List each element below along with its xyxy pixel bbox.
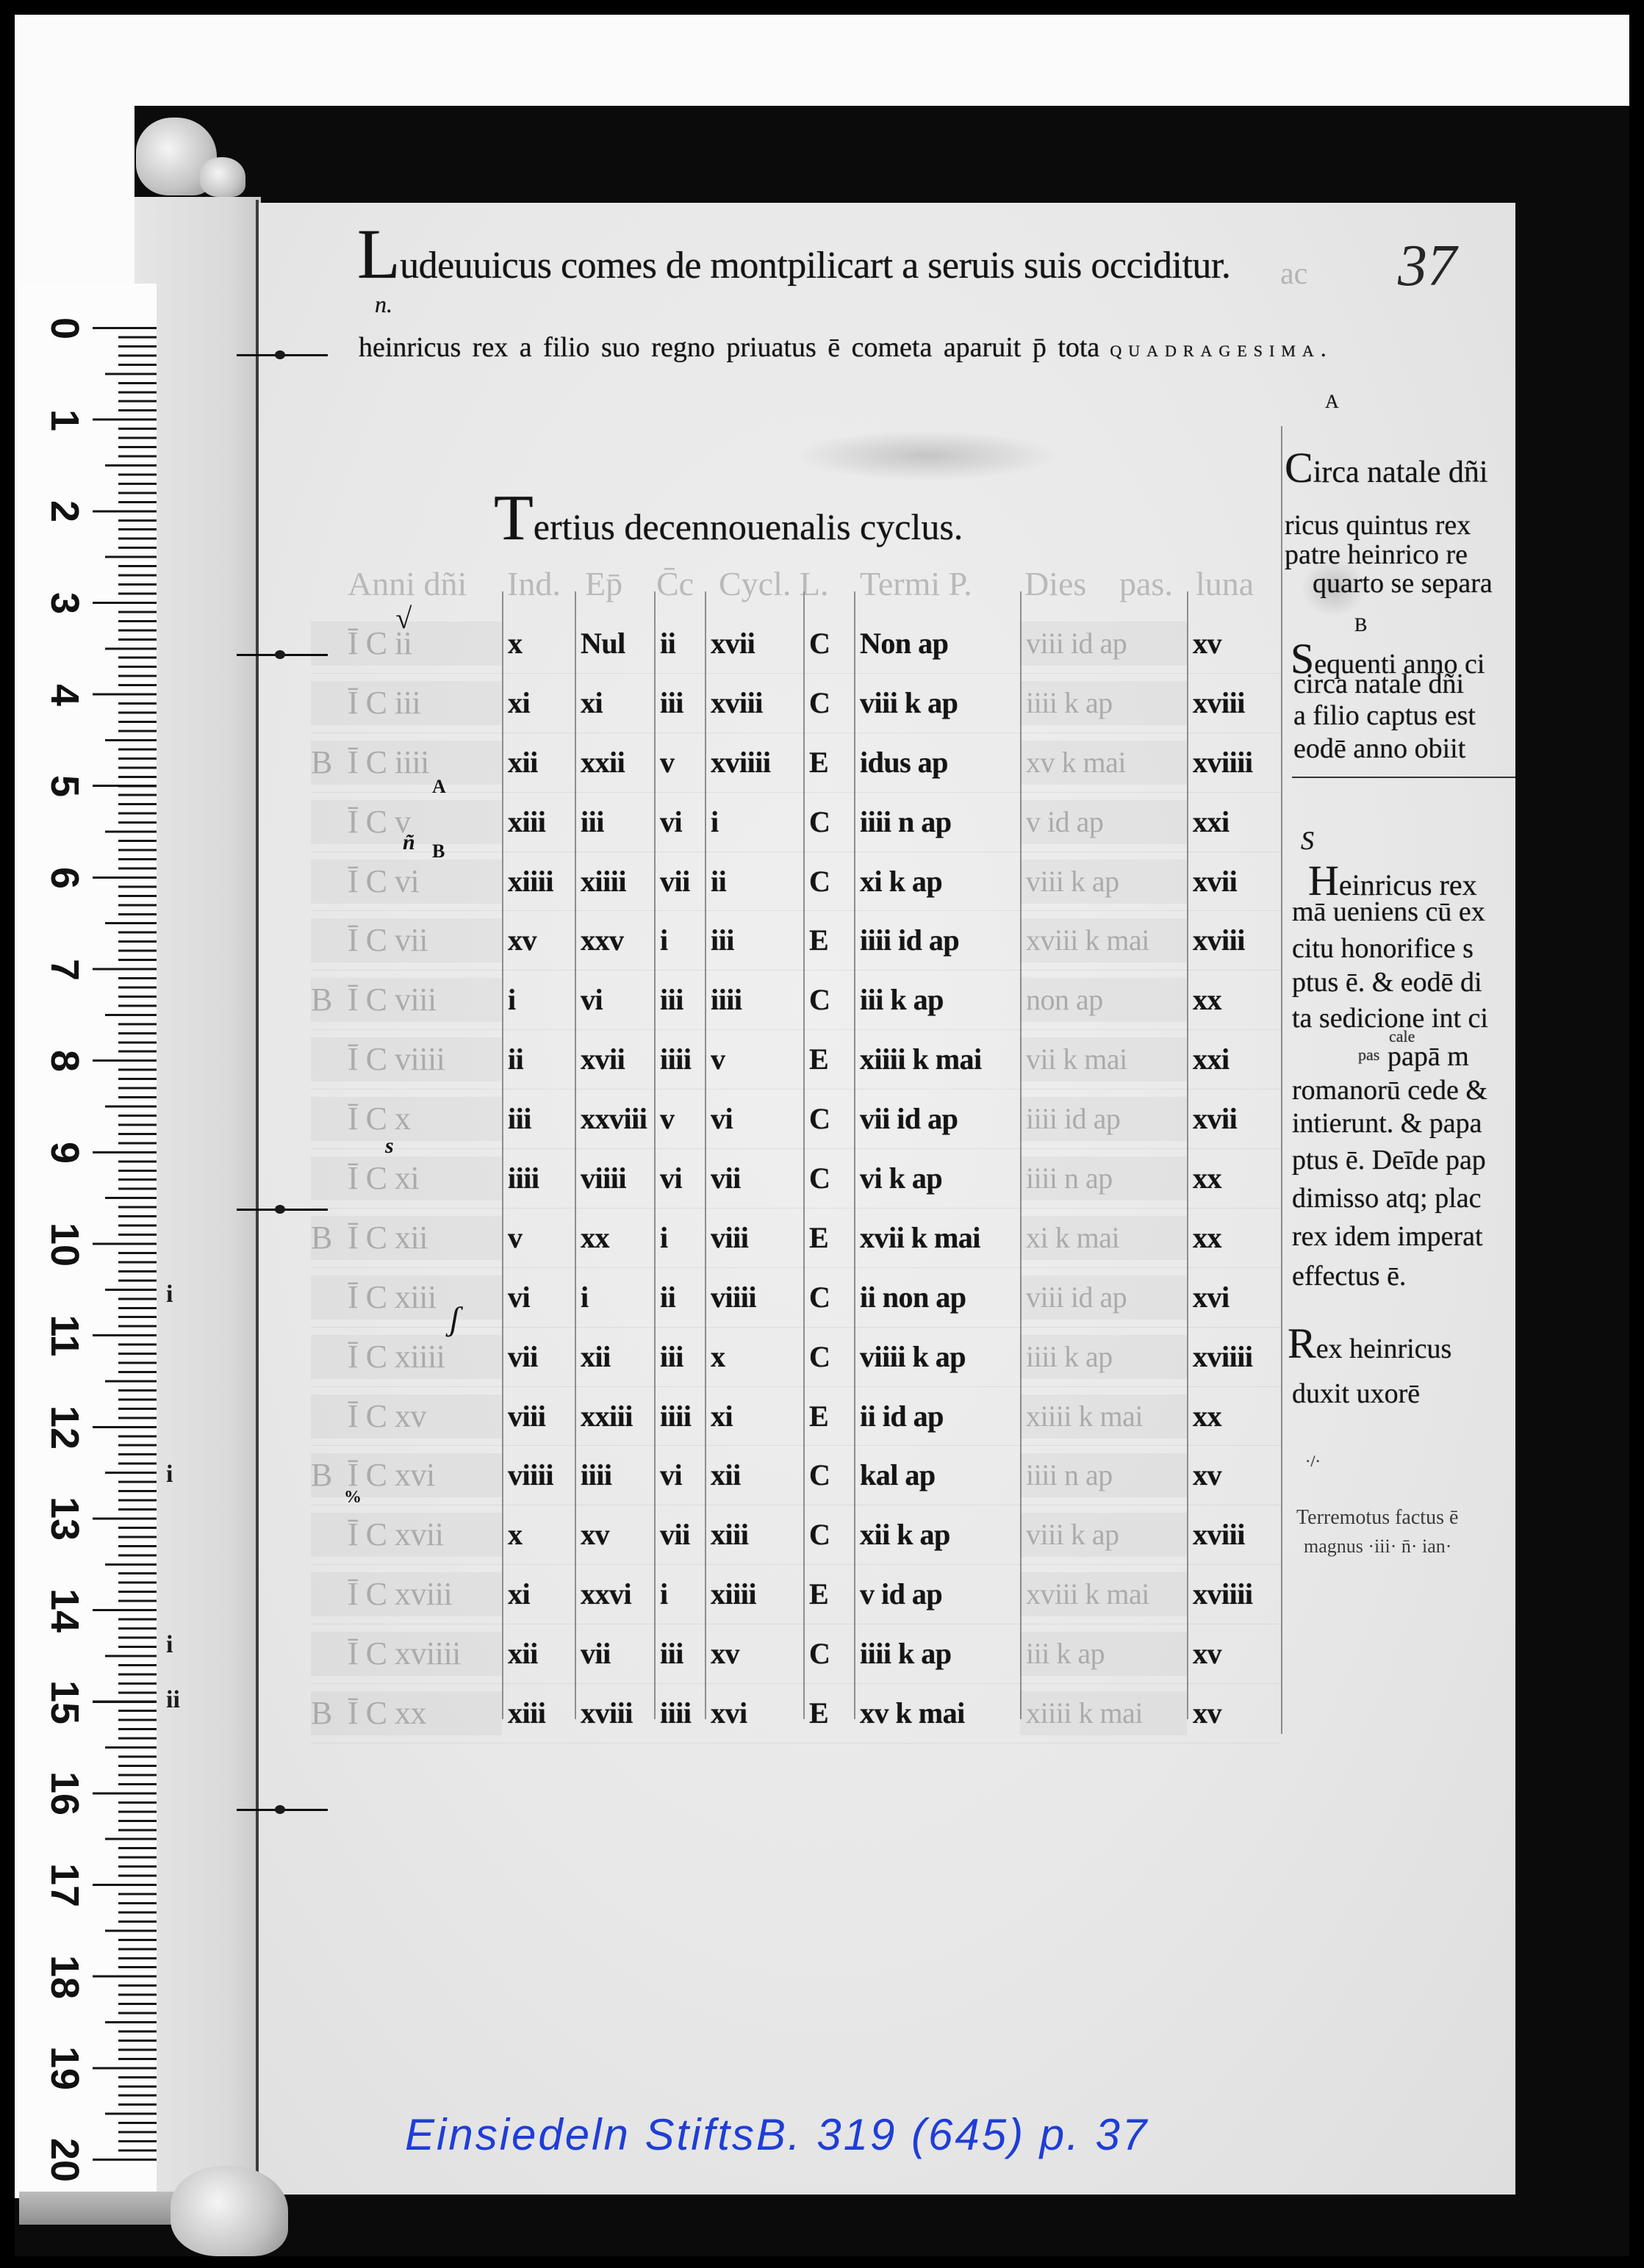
sewing-station bbox=[237, 354, 328, 356]
faded-offset-text: ac bbox=[1280, 259, 1307, 289]
header-anni-domini: Anni dñi bbox=[348, 567, 467, 601]
table-row: Ī C iiixixiiiixviiiCviii k apiiii k apxv… bbox=[311, 674, 1281, 733]
annal-entry-ludeuuicus: Ludeuuicus comes de montpilicart a serui… bbox=[357, 219, 1230, 289]
annal-line: intierunt. & papa bbox=[1292, 1109, 1482, 1137]
ruler-label: 19 bbox=[45, 2046, 85, 2090]
indiction-cell: xiii bbox=[502, 1699, 575, 1728]
paschal-term-cell: idus ap bbox=[854, 748, 1020, 777]
annal-insertion: pas bbox=[1358, 1047, 1379, 1063]
paschal-term-cell: vii id ap bbox=[854, 1104, 1020, 1134]
indiction-cell: x bbox=[502, 1520, 575, 1549]
indiction-cell: i bbox=[502, 985, 575, 1015]
ruler-label: 6 bbox=[45, 867, 85, 889]
year-type-cell: E bbox=[803, 1580, 854, 1609]
lunar-cycle-cell: xiii bbox=[705, 1520, 803, 1549]
concurrent-cell: iiii bbox=[654, 1402, 705, 1431]
year-type-cell: C bbox=[803, 1283, 854, 1312]
lunar-cycle-cell: viiii bbox=[705, 1283, 803, 1312]
table-row: Ī C vxiiiiiiviiCiiii n apv id apxxi bbox=[311, 793, 1281, 852]
indiction-cell: xiiii bbox=[502, 867, 575, 896]
annal-line: ptus ē. & eodē di bbox=[1292, 968, 1482, 996]
year-type-cell: C bbox=[803, 1164, 854, 1193]
annal-line: eodē anno obiit bbox=[1293, 735, 1465, 763]
indiction-cell: ii bbox=[502, 1045, 575, 1074]
concurrent-cell: iii bbox=[654, 1639, 705, 1668]
year-cell: BĪ C xvi bbox=[311, 1453, 502, 1497]
lunar-cycle-cell: viii bbox=[705, 1223, 803, 1253]
easter-day-cell: viii k ap bbox=[1020, 1513, 1187, 1557]
annal-line: duxit uxorē bbox=[1292, 1380, 1420, 1408]
indiction-cell: viiii bbox=[502, 1461, 575, 1490]
concurrent-cell: iiii bbox=[654, 1045, 705, 1074]
luna-cell: xv bbox=[1187, 1699, 1281, 1728]
year-value: Ī C iiii bbox=[348, 746, 429, 779]
annal-line: a filio captus est bbox=[1293, 702, 1476, 730]
year-type-cell: C bbox=[803, 1639, 854, 1668]
annal-line: Circa natale dñi bbox=[1285, 447, 1488, 489]
table-row: BĪ C xxxiiixviiiiiiixviExv k maixiiii k … bbox=[311, 1684, 1281, 1743]
year-cell: BĪ C xx bbox=[311, 1691, 502, 1735]
epact-cell: Nul bbox=[575, 629, 654, 658]
table-row: Ī C vixiiiixiiiiviiiiCxi k apviii k apxv… bbox=[311, 852, 1281, 912]
concurrent-cell: vi bbox=[654, 1164, 705, 1193]
epact-cell: xx bbox=[575, 1223, 654, 1253]
header-paschae: pas. bbox=[1119, 567, 1173, 601]
concurrent-cell: iii bbox=[654, 688, 705, 718]
year-type-cell: E bbox=[803, 1223, 854, 1253]
luna-cell: xxi bbox=[1187, 807, 1281, 837]
indiction-cell: xi bbox=[502, 688, 575, 718]
annal-line: effectus ē. bbox=[1292, 1262, 1406, 1290]
paschal-term-cell: iiii k ap bbox=[854, 1639, 1020, 1668]
luna-cell: xviiii bbox=[1187, 748, 1281, 777]
year-type-cell: C bbox=[803, 1104, 854, 1134]
luna-cell: xvii bbox=[1187, 867, 1281, 896]
ruler-label: 4 bbox=[45, 684, 85, 706]
header-luna: luna bbox=[1196, 567, 1254, 601]
offset-smudge bbox=[794, 430, 1058, 481]
ruler-label: 17 bbox=[45, 1863, 85, 1907]
epact-cell: vii bbox=[575, 1639, 654, 1668]
annal-letter-b: B bbox=[1354, 616, 1367, 635]
year-cell: Ī C xvii bbox=[311, 1513, 502, 1557]
indiction-cell: xiii bbox=[502, 807, 575, 837]
year-value: Ī C iii bbox=[348, 687, 420, 719]
header-indictio: Ind. bbox=[507, 567, 561, 601]
lunar-cycle-cell: xviii bbox=[705, 688, 803, 718]
year-type-cell: E bbox=[803, 1045, 854, 1074]
year-value: Ī C vii bbox=[348, 924, 428, 957]
epact-cell: xii bbox=[575, 1342, 654, 1372]
epact-cell: iiii bbox=[575, 1461, 654, 1490]
luna-cell: xv bbox=[1187, 1639, 1281, 1668]
concurrent-cell: i bbox=[654, 926, 705, 955]
lunar-cycle-cell: iiii bbox=[705, 985, 803, 1015]
header-dies: Dies bbox=[1024, 567, 1086, 601]
year-cell: Ī C xiii bbox=[311, 1275, 502, 1320]
year-cell: BĪ C xii bbox=[311, 1216, 502, 1260]
luna-cell: xx bbox=[1187, 1223, 1281, 1253]
easter-day-cell: xi k mai bbox=[1020, 1216, 1187, 1260]
verso-mark: i bbox=[166, 1462, 173, 1487]
lunar-cycle-cell: xvi bbox=[705, 1699, 803, 1728]
paschal-term-cell: xi k ap bbox=[854, 867, 1020, 896]
year-cell: BĪ C iiii bbox=[311, 741, 502, 785]
year-value: Ī C xvi bbox=[348, 1459, 435, 1491]
indiction-cell: vi bbox=[502, 1283, 575, 1312]
ruler-label: 13 bbox=[45, 1497, 85, 1541]
annal-line: romanorū cede & bbox=[1292, 1076, 1487, 1104]
ruler-label: 5 bbox=[45, 775, 85, 797]
gutter-spine bbox=[256, 200, 259, 2195]
luna-cell: xviii bbox=[1187, 926, 1281, 955]
luna-cell: xviiii bbox=[1187, 1580, 1281, 1609]
easter-day-cell: viii k ap bbox=[1020, 860, 1187, 904]
year-value: Ī C viii bbox=[348, 984, 437, 1016]
lunar-cycle-cell: x bbox=[705, 1342, 803, 1372]
annal-marker: ·/· bbox=[1305, 1453, 1321, 1469]
paschal-term-cell: viii k ap bbox=[854, 688, 1020, 718]
year-type-cell: E bbox=[803, 926, 854, 955]
ruler-label: 14 bbox=[45, 1588, 85, 1632]
year-cell: BĪ C viii bbox=[311, 978, 502, 1022]
luna-cell: xx bbox=[1187, 1164, 1281, 1193]
luna-cell: xviii bbox=[1187, 1520, 1281, 1549]
year-cell: Ī C xv bbox=[311, 1394, 502, 1439]
paschal-term-cell: xii k ap bbox=[854, 1520, 1020, 1549]
header-termini-paschales: Termi P. bbox=[860, 567, 972, 601]
paschal-term-cell: kal ap bbox=[854, 1461, 1020, 1490]
lunar-cycle-cell: v bbox=[705, 1045, 803, 1074]
annal-line: Terremotus factus ē bbox=[1296, 1508, 1458, 1528]
annal-line: dimisso atq; plac bbox=[1292, 1184, 1482, 1212]
ruler-label: 18 bbox=[45, 1955, 85, 1999]
percent-annotation: % bbox=[344, 1488, 362, 1506]
luna-cell: xviii bbox=[1187, 688, 1281, 718]
concurrent-cell: vi bbox=[654, 1461, 705, 1490]
indiction-cell: xii bbox=[502, 748, 575, 777]
easter-day-cell: xiiii k mai bbox=[1020, 1394, 1187, 1439]
epact-cell: xxv bbox=[575, 926, 654, 955]
lunar-cycle-cell: iii bbox=[705, 926, 803, 955]
paschal-term-cell: xiiii k mai bbox=[854, 1045, 1020, 1074]
annal-line: circa natale dñi bbox=[1293, 670, 1464, 698]
ruler-label: 8 bbox=[45, 1050, 85, 1072]
epact-cell: xiiii bbox=[575, 867, 654, 896]
concurrent-cell: iii bbox=[654, 1342, 705, 1372]
year-cell: Ī C xi bbox=[311, 1156, 502, 1200]
bissextile-mark: B bbox=[311, 1222, 348, 1254]
easter-day-cell: iiii n ap bbox=[1020, 1156, 1187, 1200]
indiction-cell: xi bbox=[502, 1580, 575, 1609]
year-type-cell: C bbox=[803, 1461, 854, 1490]
binding-thread-tuft bbox=[200, 157, 245, 197]
luna-cell: xv bbox=[1187, 629, 1281, 658]
verso-mark: i bbox=[166, 1632, 173, 1657]
epact-cell: xi bbox=[575, 688, 654, 718]
easter-day-cell: iiii n ap bbox=[1020, 1453, 1187, 1497]
concurrent-cell: vii bbox=[654, 1520, 705, 1549]
ruler-label: 16 bbox=[45, 1771, 85, 1815]
annal-line: quarto se separa bbox=[1313, 569, 1493, 597]
year-value: Ī C xviii bbox=[348, 1578, 452, 1610]
year-cell: Ī C vi bbox=[311, 860, 502, 904]
concurrent-cell: ii bbox=[654, 1283, 705, 1312]
luna-cell: xx bbox=[1187, 985, 1281, 1015]
year-cell: Ī C iii bbox=[311, 681, 502, 725]
annal-letter-a: A bbox=[1325, 392, 1339, 411]
lunar-cycle-cell: xi bbox=[705, 1402, 803, 1431]
easter-day-cell: xviii k mai bbox=[1020, 1572, 1187, 1616]
year-value: Ī C x bbox=[348, 1103, 411, 1135]
concurrent-cell: vi bbox=[654, 807, 705, 837]
ruler-label: 20 bbox=[45, 2138, 85, 2182]
year-value: Ī C xiiii bbox=[348, 1341, 445, 1373]
concurrent-cell: ii bbox=[654, 629, 705, 658]
header-epacta: Ep̄ bbox=[585, 567, 622, 601]
ruler-label: 11 bbox=[45, 1315, 85, 1357]
lunar-cycle-cell: ii bbox=[705, 867, 803, 896]
paschal-term-cell: ii non ap bbox=[854, 1283, 1020, 1312]
paschal-term-cell: vi k ap bbox=[854, 1164, 1020, 1193]
lunar-cycle-cell: xvii bbox=[705, 629, 803, 658]
year-value: Ī C vi bbox=[348, 865, 419, 898]
annal-letter-s: S bbox=[1301, 827, 1314, 854]
epact-cell: xxiii bbox=[575, 1402, 654, 1431]
table-title: Tertius decennouenalis cyclus. bbox=[494, 486, 963, 551]
concurrent-cell: vii bbox=[654, 867, 705, 896]
table-row: Ī C xvviiixxiiiiiiixiEii id apxiiii k ma… bbox=[311, 1387, 1281, 1447]
ruler-label: 2 bbox=[45, 500, 85, 522]
concurrent-cell: iii bbox=[654, 985, 705, 1015]
indiction-cell: viii bbox=[502, 1402, 575, 1431]
year-value: Ī C xii bbox=[348, 1222, 428, 1254]
paschal-term-cell: Non ap bbox=[854, 629, 1020, 658]
bissextile-mark: B bbox=[311, 1459, 348, 1491]
indiction-cell: x bbox=[502, 629, 575, 658]
lunar-cycle-cell: i bbox=[705, 807, 803, 837]
easter-day-cell: viii id ap bbox=[1020, 622, 1187, 666]
indiction-cell: xv bbox=[502, 926, 575, 955]
year-type-cell: C bbox=[803, 629, 854, 658]
year-type-cell: C bbox=[803, 807, 854, 837]
indiction-cell: iiii bbox=[502, 1164, 575, 1193]
annal-line: ricus quintus rex bbox=[1285, 511, 1471, 539]
epact-cell: xxvi bbox=[575, 1580, 654, 1609]
ruler-label: 15 bbox=[45, 1680, 85, 1724]
table-row: BĪ C iiiixiixxiivxviiiiEidus apxv k maix… bbox=[311, 733, 1281, 793]
year-value: Ī C xvii bbox=[348, 1519, 443, 1551]
easter-day-cell: v id ap bbox=[1020, 800, 1187, 844]
year-type-cell: C bbox=[803, 867, 854, 896]
epact-cell: viiii bbox=[575, 1164, 654, 1193]
measuring-ruler: 0 1 2 3 4 5 6 7 8 9 10 11 12 13 14 15 16… bbox=[19, 284, 157, 2192]
ruler-label: 12 bbox=[45, 1405, 85, 1450]
computus-table: Ī C iixNuliixviiCNon apviii id apxv Ī C … bbox=[311, 614, 1281, 1743]
epact-cell: xxii bbox=[575, 748, 654, 777]
header-cyclus-lunaris: Cycl. L. bbox=[719, 567, 828, 601]
luna-cell: xx bbox=[1187, 1402, 1281, 1431]
letter-s-annotation: s bbox=[385, 1135, 394, 1157]
year-value: Ī C xviiii bbox=[348, 1638, 461, 1670]
table-row: Ī C iixNuliixviiCNon apviii id apxv bbox=[311, 614, 1281, 674]
year-type-cell: C bbox=[803, 688, 854, 718]
marginal-annals: A Circa natale dñi ricus quintus rex pat… bbox=[1285, 382, 1515, 1587]
table-row: BĪ C xiivxxiviiiExvii k maixi k maixx bbox=[311, 1209, 1281, 1268]
luna-cell: xviiii bbox=[1187, 1342, 1281, 1372]
bissextile-mark: B bbox=[311, 1697, 348, 1729]
paschal-term-cell: xv k mai bbox=[854, 1699, 1020, 1728]
lunar-cycle-cell: vii bbox=[705, 1164, 803, 1193]
concurrent-cell: i bbox=[654, 1223, 705, 1253]
annal-line: papā m bbox=[1388, 1043, 1469, 1070]
indiction-cell: vii bbox=[502, 1342, 575, 1372]
year-type-cell: E bbox=[803, 1699, 854, 1728]
annal-line: mā ueniens cū ex bbox=[1292, 898, 1485, 926]
year-type-cell: C bbox=[803, 1342, 854, 1372]
lunar-cycle-cell: xiiii bbox=[705, 1580, 803, 1609]
verso-mark: i bbox=[166, 1282, 173, 1307]
year-value: Ī C xiii bbox=[348, 1281, 437, 1314]
table-row: BĪ C viiiiviiiiiiiiCiii k apnon apxx bbox=[311, 971, 1281, 1030]
concurrent-cell: iiii bbox=[654, 1699, 705, 1728]
table-row: Ī C xiiiiiviiiiviviiCvi k apiiii n apxx bbox=[311, 1149, 1281, 1209]
year-cell: Ī C xviiii bbox=[311, 1632, 502, 1676]
ruler-label: 1 bbox=[45, 409, 85, 431]
year-cell: Ī C xiiii bbox=[311, 1335, 502, 1379]
annal-entry-text: heinricus rex a filio suo regno priuatus… bbox=[359, 332, 1099, 363]
luna-cell: xvi bbox=[1187, 1283, 1281, 1312]
year-type-cell: E bbox=[803, 1402, 854, 1431]
binding-thread-tuft bbox=[170, 2166, 288, 2256]
table-row: BĪ C xviviiiiiiiivixiiCkal apiiii n apxv bbox=[311, 1446, 1281, 1505]
easter-day-cell: xviii k mai bbox=[1020, 918, 1187, 962]
verso-mark: ii bbox=[166, 1688, 180, 1713]
bissextile-mark: B bbox=[311, 746, 348, 779]
epact-cell: i bbox=[575, 1283, 654, 1312]
lunar-cycle-cell: vi bbox=[705, 1104, 803, 1134]
concurrent-cell: i bbox=[654, 1580, 705, 1609]
ruler-label: 0 bbox=[45, 317, 85, 339]
easter-day-cell: viii id ap bbox=[1020, 1275, 1187, 1320]
table-row: Ī C xviiiixiiviiiiixvCiiii k apiii k apx… bbox=[311, 1624, 1281, 1684]
bissextile-mark: B bbox=[311, 984, 348, 1016]
shelfmark-label: Einsiedeln StiftsB. 319 (645) p. 37 bbox=[405, 2113, 1149, 2157]
indiction-cell: xii bbox=[502, 1639, 575, 1668]
paschal-term-cell: iiii id ap bbox=[854, 926, 1020, 955]
easter-day-cell: xiiii k mai bbox=[1020, 1691, 1187, 1735]
table-row: Ī C xiiixxviiivviCvii id apiiii id apxvi… bbox=[311, 1090, 1281, 1149]
paragraph-marker: n. bbox=[375, 292, 392, 316]
lunar-cycle-cell: xii bbox=[705, 1461, 803, 1490]
year-type-cell: E bbox=[803, 748, 854, 777]
year-type-cell: C bbox=[803, 985, 854, 1015]
ruler-label: 10 bbox=[45, 1222, 85, 1266]
year-cell: Ī C vii bbox=[311, 918, 502, 962]
paschal-term-cell: ii id ap bbox=[854, 1402, 1020, 1431]
ruler-label: 7 bbox=[45, 959, 85, 981]
year-value: Ī C xi bbox=[348, 1162, 419, 1195]
year-value: Ī C xx bbox=[348, 1697, 426, 1729]
annal-entry-tail: quadragesima. bbox=[1110, 335, 1332, 361]
paschal-term-cell: iii k ap bbox=[854, 985, 1020, 1015]
hook-annotation: ʃ bbox=[450, 1302, 459, 1336]
lunar-cycle-cell: xviiii bbox=[705, 748, 803, 777]
table-row: Ī C viiiiiixviiiiiivExiiii k maivii k ma… bbox=[311, 1030, 1281, 1090]
ruler-cm-ticks bbox=[93, 327, 157, 2161]
epact-cell: xvii bbox=[575, 1045, 654, 1074]
table-row: Ī C xviixxvviixiiiCxii k apviii k apxvii… bbox=[311, 1505, 1281, 1565]
margin-ruling bbox=[1281, 426, 1282, 1734]
table-row: Ī C xviiixixxviixiiiiEv id apxviii k mai… bbox=[311, 1565, 1281, 1624]
letter-a-annotation: A bbox=[432, 777, 446, 796]
folio-number: 37 bbox=[1398, 237, 1457, 295]
annal-line: ptus ē. Deīde pap bbox=[1292, 1146, 1486, 1174]
annal-line: magnus ·iii· n̄· ian· bbox=[1304, 1537, 1451, 1556]
year-value: Ī C v bbox=[348, 806, 411, 838]
year-value: Ī C xv bbox=[348, 1400, 426, 1433]
check-mark-annotation: √ bbox=[395, 604, 412, 633]
indiction-cell: v bbox=[502, 1223, 575, 1253]
annal-line: patre heinrico re bbox=[1285, 541, 1468, 569]
table-row: Ī C viixvxxviiiiEiiii id apxviii k maixv… bbox=[311, 911, 1281, 971]
year-cell: Ī C xviii bbox=[311, 1572, 502, 1616]
sewing-station bbox=[237, 1809, 328, 1811]
easter-day-cell: iiii id ap bbox=[1020, 1097, 1187, 1141]
easter-day-cell: vii k mai bbox=[1020, 1037, 1187, 1081]
year-type-cell: C bbox=[803, 1520, 854, 1549]
concurrent-cell: v bbox=[654, 748, 705, 777]
luna-cell: xv bbox=[1187, 1461, 1281, 1490]
year-cell: Ī C viiii bbox=[311, 1037, 502, 1081]
paschal-term-cell: v id ap bbox=[854, 1580, 1020, 1609]
epact-cell: vi bbox=[575, 985, 654, 1015]
epact-cell: xviii bbox=[575, 1699, 654, 1728]
annal-entry-heinricus: heinricus rex a filio suo regno priuatus… bbox=[359, 334, 1333, 361]
paschal-term-cell: iiii n ap bbox=[854, 807, 1020, 837]
epact-cell: xv bbox=[575, 1520, 654, 1549]
easter-day-cell: xv k mai bbox=[1020, 741, 1187, 785]
luna-cell: xxi bbox=[1187, 1045, 1281, 1074]
indiction-cell: iii bbox=[502, 1104, 575, 1134]
year-value: Ī C viiii bbox=[348, 1043, 445, 1076]
lunar-cycle-cell: xv bbox=[705, 1639, 803, 1668]
concurrent-cell: v bbox=[654, 1104, 705, 1134]
ruler-label: 9 bbox=[45, 1142, 85, 1164]
ruler-label: 3 bbox=[45, 592, 85, 614]
paschal-term-cell: viiii k ap bbox=[854, 1342, 1020, 1372]
letter-n-annotation: ñ bbox=[403, 832, 415, 854]
easter-day-cell: non ap bbox=[1020, 978, 1187, 1022]
easter-day-cell: iiii k ap bbox=[1020, 681, 1187, 725]
annal-line: Rex heinricus bbox=[1288, 1322, 1451, 1365]
annal-divider bbox=[1292, 777, 1515, 778]
easter-day-cell: iiii k ap bbox=[1020, 1335, 1187, 1379]
year-cell: Ī C x bbox=[311, 1097, 502, 1141]
easter-day-cell: iii k ap bbox=[1020, 1632, 1187, 1676]
epact-cell: xxviii bbox=[575, 1104, 654, 1134]
epact-cell: iii bbox=[575, 807, 654, 837]
luna-cell: xvii bbox=[1187, 1104, 1281, 1134]
annal-line: citu honorifice s bbox=[1292, 935, 1474, 962]
annal-line: rex idem imperat bbox=[1292, 1223, 1483, 1250]
letter-b-annotation: B bbox=[432, 842, 445, 861]
header-concurrentes: C̄c bbox=[656, 567, 694, 601]
paschal-term-cell: xvii k mai bbox=[854, 1223, 1020, 1253]
